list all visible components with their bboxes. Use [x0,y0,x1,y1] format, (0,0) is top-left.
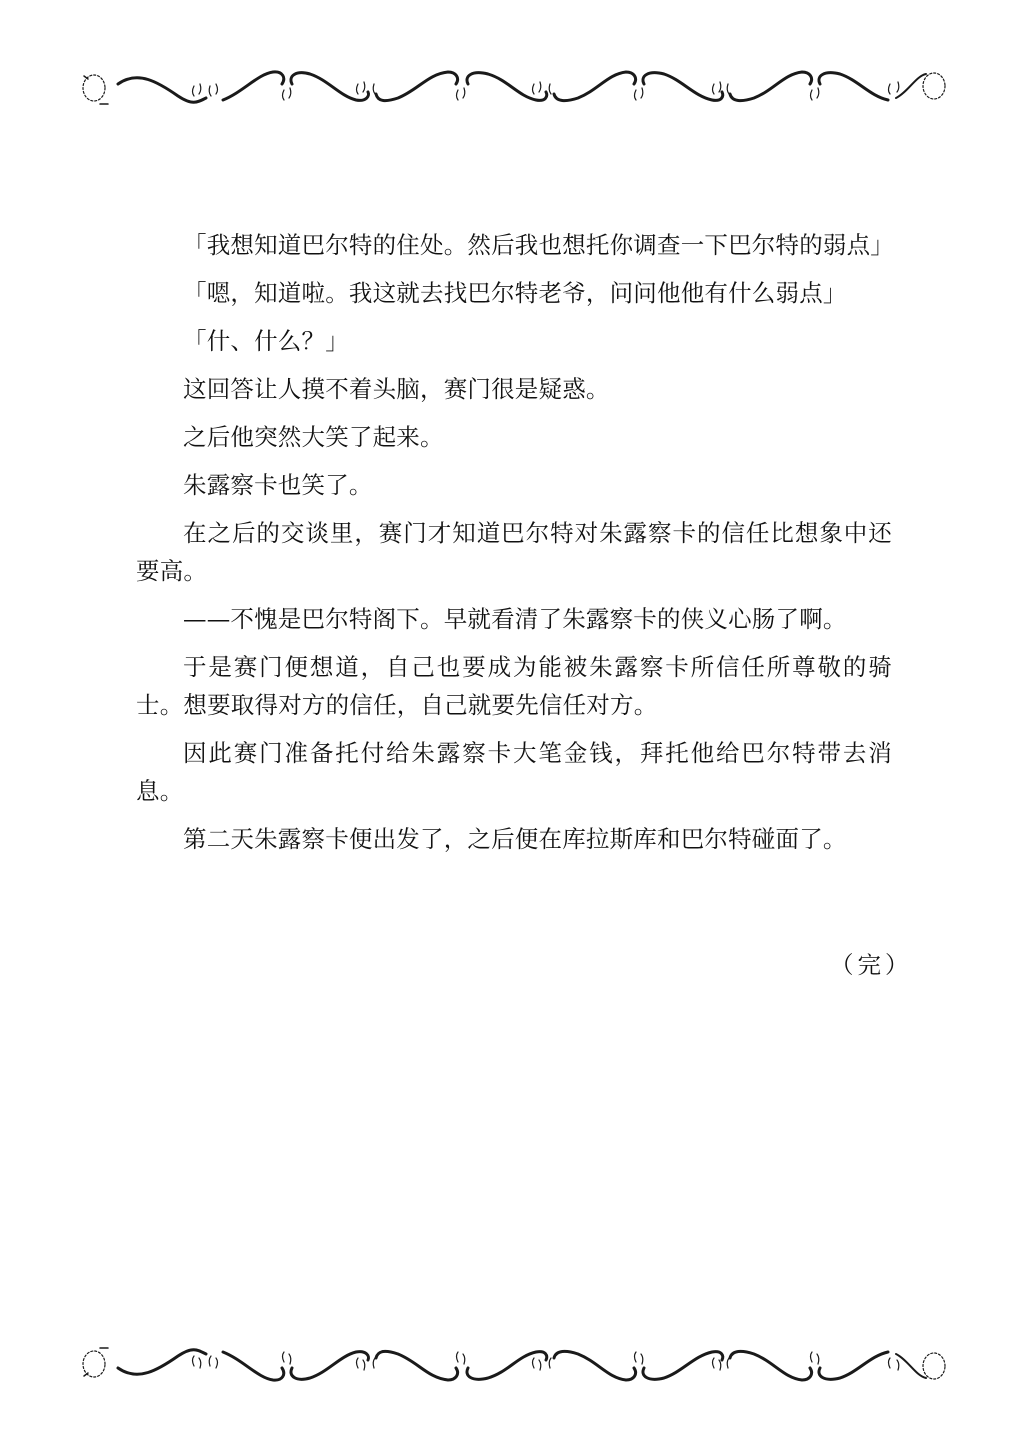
document-body: 「我想知道巴尔特的住处。然后我也想托你调查一下巴尔特的弱点」 「嗯，知道啦。我这… [136,226,892,868]
paragraph: ——不愧是巴尔特阁下。早就看清了朱露察卡的侠义心肠了啊。 [136,600,892,638]
paragraph: 之后他突然大笑了起来。 [136,418,892,456]
paragraph: 这回答让人摸不着头脑，赛门很是疑惑。 [136,370,892,408]
paragraph: 「什、什么？」 [136,322,892,360]
bottom-ornament-border [78,1340,950,1390]
paragraph: 「嗯，知道啦。我这就去找巴尔特老爷，问问他他有什么弱点」 [136,274,892,312]
end-mark: （完） [830,946,913,984]
vine-scroll-icon [78,1340,950,1390]
paragraph: 第二天朱露察卡便出发了，之后便在库拉斯库和巴尔特碰面了。 [136,820,892,858]
vine-scroll-icon [78,62,950,112]
top-ornament-border [78,62,950,112]
paragraph: 因此赛门准备托付给朱露察卡大笔金钱，拜托他给巴尔特带去消息。 [136,734,892,810]
paragraph: 于是赛门便想道，自己也要成为能被朱露察卡所信任所尊敬的骑士。想要取得对方的信任，… [136,648,892,724]
paragraph: 在之后的交谈里，赛门才知道巴尔特对朱露察卡的信任比想象中还要高。 [136,514,892,590]
paragraph: 「我想知道巴尔特的住处。然后我也想托你调查一下巴尔特的弱点」 [136,226,892,264]
paragraph: 朱露察卡也笑了。 [136,466,892,504]
